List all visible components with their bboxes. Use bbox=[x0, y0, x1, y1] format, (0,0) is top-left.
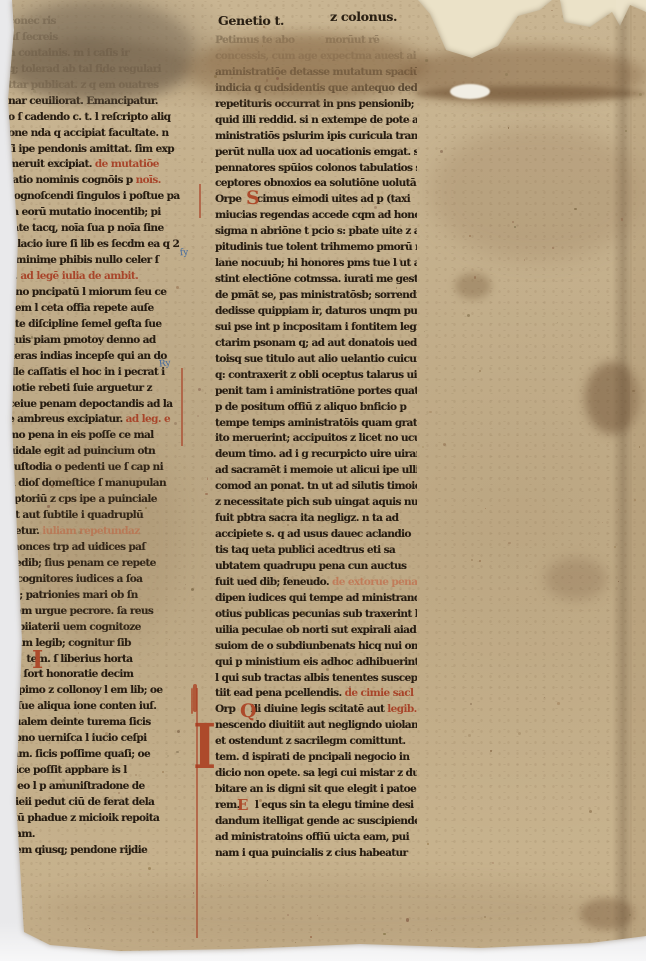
ink-text: e eo l p amuniſtradone de bbox=[8, 780, 145, 792]
text-line: repetituris occurrat in pns pensionib; q… bbox=[215, 97, 417, 113]
ink-text: uem qiusq; pendone rijdie bbox=[8, 844, 147, 856]
text-line: ad sacramēt i memoie ut alicui ipe ulliu… bbox=[215, 463, 417, 479]
speck bbox=[557, 322, 558, 323]
speck bbox=[193, 892, 194, 893]
speck bbox=[484, 916, 486, 918]
text-line: n containis. m i caſis ir bbox=[8, 46, 184, 62]
ink-text: conec ris bbox=[8, 15, 56, 27]
ink-text: suiom de o subdiunbenats hicq nui omin bbox=[215, 640, 417, 652]
text-line: n dioſ domeſtice ſ manupulan bbox=[8, 476, 184, 492]
speck bbox=[231, 77, 233, 79]
text-line: otius publicas pecunias sub traxerint le… bbox=[215, 607, 417, 623]
rubric-initial-i-item-left: I bbox=[32, 648, 43, 672]
speck bbox=[302, 611, 305, 614]
ink-text: sui pse int p incpositam i fontitem legi… bbox=[215, 321, 417, 333]
text-line: mo pena in eis poſſe ce mal bbox=[8, 428, 184, 444]
text-line: conec ris bbox=[8, 14, 184, 30]
ink-text: meruit excipiat. bbox=[8, 158, 95, 170]
text-line: aeras indias incepſe qui an do bbox=[8, 349, 184, 365]
text-line: ubtatem quadrupu pena cun auctus bbox=[215, 559, 417, 575]
text-line: t minime phibis nullo celer ſ bbox=[8, 253, 184, 269]
ink-text: aeras indias incepſe qui an do bbox=[8, 350, 167, 362]
speck bbox=[625, 130, 627, 132]
ink-text: ubtatem quadrupu pena cun auctus bbox=[215, 560, 406, 572]
speck bbox=[121, 750, 123, 752]
text-line: petur. iuliam repetundaz bbox=[8, 524, 184, 540]
speck bbox=[78, 712, 79, 713]
text-line: concessis, cum age expectma auest ai bbox=[215, 49, 417, 65]
text-line: dandum itelligat gende ac suscipiende bbox=[215, 814, 417, 830]
speck bbox=[574, 208, 576, 210]
parchment-hole bbox=[450, 84, 490, 99]
ink-text: perūt nulla uox ad uocationis emgat. s. … bbox=[215, 146, 417, 158]
text-line: ſhonces trp ad uidices paſ bbox=[8, 540, 184, 556]
ink-text: miucias regendas accede cqm ad honoris i… bbox=[215, 209, 417, 221]
text-line: sigma n abriōne t pcio s: pbate uite z a… bbox=[215, 224, 417, 240]
ink-text: tiit ead pena pcellendis. bbox=[215, 687, 345, 699]
red-ruling-line bbox=[196, 688, 198, 938]
speck bbox=[197, 415, 199, 417]
ink-text: ministratiōs pslurim ipis curicula trans… bbox=[215, 130, 417, 142]
ink-text: ſi ipe pendonis amittat. ſim exp bbox=[8, 143, 174, 155]
ink-text: dice poſſit appbare is l bbox=[8, 764, 127, 776]
text-line: p de positum offiū z aliquo bnficio p bbox=[215, 400, 417, 416]
speck bbox=[43, 133, 46, 136]
ink-text: tate tacq, noīa ſua p noīa ſine bbox=[8, 222, 164, 234]
text-line: dipen iudices qui tempe ad ministrand bbox=[215, 591, 417, 607]
ink-text: tn; patrionies mari ob ſn bbox=[8, 589, 138, 601]
ink-text: ceiue penam depoctandis ad la bbox=[8, 398, 172, 410]
ink-text: et ostendunt z sacrilegm comittunt. bbox=[215, 735, 405, 747]
text-line: l qui sub tractas albis tenentes suscepe bbox=[215, 671, 417, 687]
text-line: qui p ministium eis adhoc adhibuerint bbox=[215, 655, 417, 671]
text-line: s cognitores iudices a ſoa bbox=[8, 572, 184, 588]
text-line: quid illi reddid. si n extempe de pote a… bbox=[215, 113, 417, 129]
rubric-initial-q: Q bbox=[240, 702, 257, 721]
speck bbox=[167, 755, 168, 756]
text-line: eptoriū z cps ipe a puinciale bbox=[8, 492, 184, 508]
text-line: quis piam pmotoy denno ad bbox=[8, 333, 184, 349]
text-line: tem. d ispirati de pncipali negocio in bbox=[215, 750, 417, 766]
ink-text: otius publicas pecunias sub traxerint le… bbox=[215, 608, 417, 620]
ink-text: nar ceuiliorat. Emancipatur. bbox=[8, 95, 158, 107]
text-line: e ambreus excipiatur. ad leg. e bbox=[8, 412, 184, 428]
ink-text: e ambreus excipiatur. bbox=[8, 413, 126, 425]
speck bbox=[210, 173, 212, 175]
ink-text: q piiaterii uem cognitoze bbox=[8, 621, 141, 633]
ink-text: uſ ſecreis bbox=[8, 31, 58, 43]
speck bbox=[629, 914, 631, 916]
speck bbox=[485, 508, 486, 509]
ink-text: concessis, cum age expectma auest ai bbox=[215, 50, 416, 62]
text-line: fuit pbtra sacra ita negligz. n ta ad bbox=[215, 511, 417, 527]
text-line: accipiete s. q ad usus dauec aclandio bbox=[215, 527, 417, 543]
ink-text: tis taq ueta publici acedtrus eti sa bbox=[215, 544, 395, 556]
ink-text: ttar publicat. z q em ouatres bbox=[8, 79, 158, 91]
ink-text: Orpe cimus eimodi uites ad p (taxi bbox=[215, 193, 410, 205]
speck bbox=[233, 364, 234, 365]
speck bbox=[287, 914, 289, 916]
speck bbox=[217, 426, 219, 428]
ink-text: atim legib; cognitur ſib bbox=[8, 637, 131, 649]
speck bbox=[469, 235, 471, 237]
ink-text: n dioſ domeſtice ſ manupulan bbox=[8, 477, 166, 489]
text-line: ctarim psonam q; ad aut donatois uedi bbox=[215, 336, 417, 352]
parchment-page: Genetio t. z colonus. conec risuſ ſecrei… bbox=[0, 0, 646, 961]
ink-text: ad sacramēt i memoie ut alicui ipe ulliu… bbox=[215, 464, 417, 476]
text-line: z necessitate pich sub uingat aquis nubu… bbox=[215, 495, 417, 511]
ink-text: eptoriū z cps ipe a puinciale bbox=[8, 493, 157, 505]
ink-text: quis piam pmotoy denno ad bbox=[8, 334, 156, 346]
text-line: uidale egit ad puincium otn bbox=[8, 444, 184, 460]
speck bbox=[266, 79, 268, 81]
speck bbox=[65, 197, 67, 199]
ink-text: ad ministratoins offiū uicta eam, pui bbox=[215, 831, 409, 843]
speck bbox=[440, 150, 443, 153]
speck bbox=[176, 286, 179, 289]
ink-text: uotie rebeti ſuie arguetur z bbox=[8, 382, 152, 394]
ink-text: bitare an is digni sit que elegit i pato… bbox=[215, 783, 417, 795]
text-line: nam i qua puincialis z cius habeatur bbox=[215, 846, 417, 862]
ink-text: ſhonces trp ad uidices paſ bbox=[8, 541, 145, 553]
ink-text: aministratiōe detasse mutatum spaciū ad bbox=[215, 66, 417, 78]
text-line: perūt nulla uox ad uocationis emgat. s. … bbox=[215, 145, 417, 161]
ink-text: n containis. m i caſis ir bbox=[8, 47, 129, 59]
text-line: Petimus te abo morūut rē bbox=[215, 33, 417, 49]
ink-text: ito meruerint; accipuitos z licet no ucu… bbox=[215, 432, 417, 444]
text-line: uem qiusq; pendone rijdie bbox=[8, 843, 184, 859]
text-line: dedisse quippiam ir, daturos unqm pui so… bbox=[215, 304, 417, 320]
speck bbox=[632, 390, 635, 393]
speck bbox=[283, 309, 286, 312]
text-line: nam. bbox=[8, 827, 184, 843]
ink-text: tem. d ispirati de pncipali negocio in bbox=[215, 751, 409, 763]
speck bbox=[311, 823, 314, 826]
ink-text: tempe temps aministratōis quam gratis bbox=[215, 417, 417, 429]
text-line: toisq sue titulo aut alio uelantio cuicu… bbox=[215, 352, 417, 368]
text-line: o ſ cadendo c. t. l reſcripto aliq bbox=[8, 110, 184, 126]
marginal-note-blue-2: Ry bbox=[159, 359, 172, 369]
text-line: fuit ued dib; feneudo. de extorue pena bbox=[215, 575, 417, 591]
text-line: stint electiōne cotmssa. iurati me gesta bbox=[215, 272, 417, 288]
ink-text: cualem deinte turema ſicis bbox=[8, 716, 151, 728]
speck bbox=[48, 263, 51, 266]
ink-text: ns ſort honoratie decim bbox=[8, 668, 133, 680]
manuscript-scan: Genetio t. z colonus. conec risuſ ſecrei… bbox=[0, 0, 646, 961]
text-line: pennatores spūios colonos tabulatios sut bbox=[215, 161, 417, 177]
ink-text: t minime phibis nullo celer ſ bbox=[8, 254, 159, 266]
ink-text: comod an ponat. tn ut ad silutis timoie bbox=[215, 480, 417, 492]
speck bbox=[263, 26, 265, 28]
speck bbox=[349, 200, 352, 203]
text-line: cualem deinte turema ſicis bbox=[8, 715, 184, 731]
ink-text: dedisse quippiam ir, daturos unqm pui so… bbox=[215, 305, 417, 317]
text-line: uilia peculae ob norti sut expirali aiad bbox=[215, 623, 417, 639]
speck bbox=[135, 774, 137, 776]
ink-text: fuit pbtra sacra ita negligz. n ta ad bbox=[215, 512, 398, 524]
ink-text: dandum itelligat gende ac suscipiende bbox=[215, 815, 417, 827]
ink-text: toisq sue titulo aut alio uelantio cuicu… bbox=[215, 353, 417, 365]
text-line: dice poſſit appbare is l bbox=[8, 763, 184, 779]
speck bbox=[174, 422, 177, 425]
text-line: tatio nominis cognōis p noīs. bbox=[8, 173, 184, 189]
ink-text: petur. bbox=[8, 525, 42, 537]
text-line: ito meruerint; accipuitos z licet no ucu… bbox=[215, 431, 417, 447]
red-ruling-line bbox=[199, 184, 201, 218]
speck bbox=[102, 71, 104, 73]
text-line: ceiue penam depoctandis ad la bbox=[8, 397, 184, 413]
text-line: cognoſcendi ſingulos i poſtue pa bbox=[8, 189, 184, 205]
text-line: comod an ponat. tn ut ad silutis timoie bbox=[215, 479, 417, 495]
ink-text: indicia q cudsidentis que antequo dedss bbox=[215, 82, 417, 94]
text-line: deum timo. ad i g recurpicto uire uirand… bbox=[215, 447, 417, 463]
speck bbox=[145, 507, 147, 509]
ink-text: ille caſſatis el hoc in i pecrat i bbox=[8, 366, 165, 378]
rubric-text: de extorue pena bbox=[332, 576, 417, 588]
text-line: ciū phadue z micioik repoita bbox=[8, 811, 184, 827]
text-line: et ostendunt z sacrilegm comittunt. bbox=[215, 734, 417, 750]
speck bbox=[386, 259, 388, 261]
text-line: hieii pedut ciū de ferat dela bbox=[8, 795, 184, 811]
speck bbox=[614, 546, 616, 548]
text-line: tis taq ueta publici acedtrus eti sa bbox=[215, 543, 417, 559]
text-line: o. ad legē iulia de ambit. bbox=[8, 269, 184, 285]
ink-text: qui p ministium eis adhoc adhibuerint bbox=[215, 656, 417, 668]
text-line: penit tam i aministratiōne portes quata bbox=[215, 384, 417, 400]
speck bbox=[47, 505, 49, 507]
ink-text: hedib; ſius penam ce repete bbox=[8, 557, 156, 569]
speck bbox=[618, 509, 619, 510]
speck bbox=[514, 226, 516, 228]
rubric-text: iuliam repetundaz bbox=[42, 525, 139, 537]
rubric-text: legib. bbox=[387, 703, 416, 715]
ink-text: accipiete s. q ad usus dauec aclandio bbox=[215, 528, 411, 540]
text-line: ſino pncipatū l miorum ſeu ce bbox=[8, 285, 184, 301]
ink-text: tam. ſicis poſſime quaſi; oe bbox=[8, 748, 150, 760]
ink-text: ciū phadue z micioik repoita bbox=[8, 812, 159, 824]
ink-text: fuit ued dib; feneudo. bbox=[215, 576, 332, 588]
speck bbox=[557, 702, 559, 704]
ink-text: hieii pedut ciū de ferat dela bbox=[8, 796, 154, 808]
speck bbox=[490, 750, 492, 752]
text-column-left: conec risuſ ſecreisn containis. m i caſi… bbox=[8, 14, 184, 859]
ink-text: dem l ceta offia repete auſe bbox=[8, 302, 154, 314]
speck bbox=[56, 323, 59, 326]
text-line: ſi ipe pendonis amittat. ſim exp bbox=[8, 142, 184, 158]
rubric-text: ad legē iulia de ambit. bbox=[20, 270, 138, 282]
text-line: dicio non opete. sa legi cui mistar z du bbox=[215, 766, 417, 782]
text-line: de pmāt se, pas ministratōsb; sorrendis … bbox=[215, 288, 417, 304]
text-line: nar ceuiliorat. Emancipatur. bbox=[8, 94, 184, 110]
text-line: indicia q cudsidentis que antequo dedss bbox=[215, 81, 417, 97]
rubric-text: de mutatiōe bbox=[95, 158, 159, 170]
ink-text: o. bbox=[8, 270, 20, 282]
ink-text: l qui sub tractas albis tenentes suscepe bbox=[215, 672, 417, 684]
speck bbox=[639, 93, 642, 96]
text-line: cuſtodia o pedenti ue ſ cap ni bbox=[8, 460, 184, 476]
ink-text: ctarim psonam q; ad aut donatois uedi bbox=[215, 337, 417, 349]
text-column-right: Petimus te abo morūut rēconcessis, cum a… bbox=[215, 33, 417, 862]
text-line: tate tacq, noīa ſua p noīa ſine bbox=[8, 221, 184, 237]
speck bbox=[51, 611, 54, 614]
text-line: tn; patrionies mari ob ſn bbox=[8, 588, 184, 604]
ink-text: uem urgue pecrore. ſa reus bbox=[8, 605, 153, 617]
ink-text: penit tam i aministratiōne portes quata bbox=[215, 385, 417, 397]
running-title-right: z colonus. bbox=[330, 9, 397, 24]
ink-text: tatio nominis cognōis p bbox=[8, 174, 136, 186]
speck bbox=[395, 263, 398, 266]
ink-text: n pimo z collonoy l em lib; oe bbox=[8, 684, 162, 696]
speck bbox=[340, 504, 342, 506]
ink-text: cuſtodia o pedenti ue ſ cap ni bbox=[8, 461, 163, 473]
ink-text: quid illi reddid. si n extempe de pote a… bbox=[215, 114, 417, 126]
ink-text: stint electiōne cotmssa. iurati me gesta bbox=[215, 273, 417, 285]
text-line: l pno uerniſca l iucio ceſpi bbox=[8, 731, 184, 747]
ink-text: dicio non opete. sa legi cui mistar z du bbox=[215, 767, 417, 779]
ink-text: ſino pncipatū l miorum ſeu ce bbox=[8, 286, 166, 298]
ink-text: ta eorū mutatio inocentib; pi bbox=[8, 206, 161, 218]
text-line: ille caſſatis el hoc in i pecrat i bbox=[8, 365, 184, 381]
text-line: nt aut ſubtile i quadruplū bbox=[8, 508, 184, 524]
speck bbox=[205, 493, 207, 495]
text-line: meruit excipiat. de mutatiōe bbox=[8, 157, 184, 173]
speck bbox=[162, 771, 164, 773]
ink-text: uilia peculae ob norti sut expirali aiad bbox=[215, 624, 416, 636]
speck bbox=[135, 467, 137, 469]
text-line: ad ministratoins offiū uicta eam, pui bbox=[215, 830, 417, 846]
text-line: uotie rebeti ſuie arguetur z bbox=[8, 381, 184, 397]
speck bbox=[198, 388, 201, 391]
speck bbox=[191, 588, 194, 591]
text-line: one nda q accipiat facultate. n bbox=[8, 126, 184, 142]
text-line: hedib; ſius penam ce repete bbox=[8, 556, 184, 572]
marginal-note-blue-1: fy bbox=[180, 249, 189, 259]
speck bbox=[78, 531, 81, 534]
ink-text: tem. ſ liberius horta bbox=[8, 653, 132, 665]
rubric-text: de cimie sacl bbox=[345, 687, 414, 699]
text-line: q; tolerad ab tal fide regulari bbox=[8, 62, 184, 78]
ink-text: nam. bbox=[8, 828, 35, 840]
speck bbox=[374, 206, 377, 209]
ink-text: lite diſcipline ſemel geſta ſue bbox=[8, 318, 161, 330]
text-line: pitudinis tue tolent trihmemo pmorū ma bbox=[215, 240, 417, 256]
speck bbox=[310, 936, 312, 938]
red-ruling-line bbox=[181, 368, 183, 446]
speck bbox=[362, 207, 363, 208]
text-line: tam. ſicis poſſime quaſi; oe bbox=[8, 747, 184, 763]
ink-text: s cognitores iudices a ſoa bbox=[8, 573, 142, 585]
speck bbox=[95, 220, 96, 221]
text-line: q piiaterii uem cognitoze bbox=[8, 620, 184, 636]
ink-text: q; tolerad ab tal fide regulari bbox=[8, 63, 161, 75]
ink-text: dipen iudices qui tempe ad ministrand bbox=[215, 592, 417, 604]
text-line: sui pse int p incpositam i fontitem legi… bbox=[215, 320, 417, 336]
ink-text: pitudinis tue tolent trihmemo pmorū ma bbox=[215, 241, 417, 253]
speck bbox=[383, 933, 386, 936]
parchment-wrapper: Genetio t. z colonus. conec risuſ ſecrei… bbox=[0, 0, 646, 961]
ink-text: mo pena in eis poſſe ce mal bbox=[8, 429, 154, 441]
text-line: dem l ceta offia repete auſe bbox=[8, 301, 184, 317]
text-line: e eo l p amuniſtradone de bbox=[8, 779, 184, 795]
ink-text: cognoſcendi ſingulos i poſtue pa bbox=[8, 190, 180, 202]
ink-text: nam i qua puincialis z cius habeatur bbox=[215, 847, 408, 859]
speck bbox=[214, 75, 217, 78]
text-line: e ſue aliqua ione conten iuſ. bbox=[8, 699, 184, 715]
speck bbox=[404, 199, 406, 201]
running-title-left: Genetio t. bbox=[218, 13, 284, 28]
text-line: lite diſcipline ſemel geſta ſue bbox=[8, 317, 184, 333]
text-line: miucias regendas accede cqm ad honoris i… bbox=[215, 208, 417, 224]
speck bbox=[135, 574, 136, 575]
speck bbox=[105, 732, 108, 735]
ink-text: deum timo. ad i g recurpicto uire uirand… bbox=[215, 448, 417, 460]
speck bbox=[267, 880, 268, 881]
ink-text: pennatores spūios colonos tabulatios sut bbox=[215, 162, 417, 174]
rubric-text: ad leg. e bbox=[126, 413, 170, 425]
text-line: n pimo z collonoy l em lib; oe bbox=[8, 683, 184, 699]
speck bbox=[311, 581, 313, 583]
text-line: uem urgue pecrore. ſa reus bbox=[8, 604, 184, 620]
ink-text: l pno uerniſca l iucio ceſpi bbox=[8, 732, 147, 744]
ink-text: e ſue aliqua ione conten iuſ. bbox=[8, 700, 156, 712]
ink-text: uidale egit ad puincium otn bbox=[8, 445, 155, 457]
speck bbox=[51, 306, 54, 309]
ink-text: q: contraxerit z obli oceptus talarus ui… bbox=[215, 369, 417, 381]
text-line: suiom de o subdiunbenats hicq nui omin bbox=[215, 639, 417, 655]
text-line: uſ ſecreis bbox=[8, 30, 184, 46]
text-line: aministratiōe detasse mutatum spaciū ad bbox=[215, 65, 417, 81]
speck bbox=[252, 632, 253, 633]
ink-text: p de positum offiū z aliquo bnficio p bbox=[215, 401, 406, 413]
text-line: q: contraxerit z obli oceptus talarus ui… bbox=[215, 368, 417, 384]
rubric-initial-e: E bbox=[237, 798, 248, 813]
rubric-text: noīs. bbox=[136, 174, 161, 186]
ink-text: nt aut ſubtile i quadruplū bbox=[8, 509, 143, 521]
ink-text: z necessitate pich sub uingat aquis nubu… bbox=[215, 496, 417, 508]
ink-text: sigma n abriōne t pcio s: pbate uite z a… bbox=[215, 225, 417, 237]
ink-text: one nda q accipiat facultate. n bbox=[8, 127, 169, 139]
speck bbox=[552, 247, 554, 249]
ink-text: Petimus te abo morūut rē bbox=[215, 34, 379, 46]
speck bbox=[424, 331, 425, 332]
ink-text: de pmāt se, pas ministratōsb; sorrendis … bbox=[215, 289, 417, 301]
ink-text: o ſ cadendo c. t. l reſcripto aliq bbox=[8, 111, 170, 123]
text-line: ministratiōs pslurim ipis curicula trans… bbox=[215, 129, 417, 145]
ink-text: repetituris occurrat in pns pensionib; q… bbox=[215, 98, 417, 110]
